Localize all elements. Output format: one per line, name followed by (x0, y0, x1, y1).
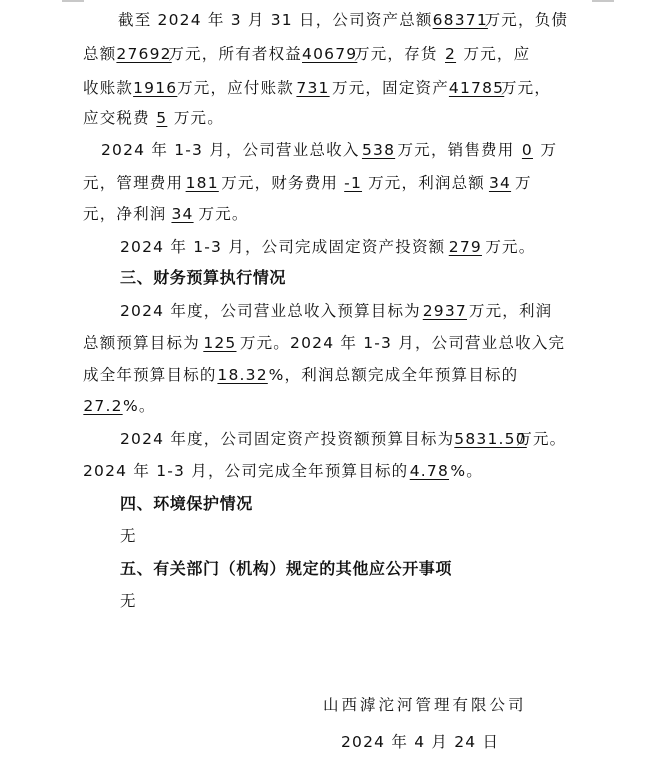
revenue-completion-value: 18.32 (217, 365, 269, 385)
para2-line2: 元，管理费用181万元，财务费用-1万元，利润总额34万 (83, 173, 532, 193)
text: 万元，固定资产 (332, 79, 449, 97)
text: 万元，应付账款 (177, 79, 294, 97)
page-corner-mark (592, 0, 614, 2)
text: 万元，利润 (469, 302, 553, 320)
text: %。 (450, 462, 483, 480)
text: %，利润总额完成全年预算目标的 (269, 366, 519, 384)
fixed-asset-investment-value: 279 (445, 237, 485, 257)
text: %。 (123, 397, 156, 415)
text: 万 (515, 174, 532, 192)
text: 万元， (501, 79, 551, 97)
owners-equity-value: 40679 (302, 44, 354, 64)
profit-completion-value: 27.2 (83, 396, 123, 416)
accounts-payable-value: 731 (294, 78, 332, 98)
para1-line4: 应交税费5万元。 (83, 108, 224, 128)
text: 2024 年 1-3 月，公司营业总收入 (101, 141, 360, 159)
text: 应交税费 (83, 109, 150, 127)
text: 万元。 (485, 238, 535, 256)
text: 成全年预算目标的 (83, 366, 217, 384)
admin-expenses-value: 181 (183, 173, 221, 193)
para3-line1: 2024 年 1-3 月，公司完成固定资产投资额279万元。 (120, 237, 535, 257)
inventory-value: 2 (438, 44, 464, 64)
para2-line1: 2024 年 1-3 月，公司营业总收入538万元，销售费用0万 (101, 140, 557, 160)
signature-company: 山西滹沱河管理有限公司 (323, 695, 527, 715)
section5-heading: 五、有关部门（机构）规定的其他应公开事项 (120, 559, 452, 579)
section5-body: 无 (120, 591, 137, 611)
accounts-receivable-value: 1916 (133, 78, 177, 98)
text: 万元。2024 年 1-3 月，公司营业总收入完 (240, 334, 565, 352)
signature-date: 2024 年 4 月 24 日 (341, 732, 499, 752)
fixed-assets-value: 41785 (449, 78, 501, 98)
para4-line2: 总额预算目标为125万元。2024 年 1-3 月，公司营业总收入完 (83, 333, 565, 353)
text: 总额预算目标为 (83, 334, 200, 352)
text: 万 (540, 141, 557, 159)
text: 万元。 (174, 109, 224, 127)
financial-expenses-value: -1 (338, 173, 368, 193)
para4-line3: 成全年预算目标的18.32%，利润总额完成全年预算目标的 (83, 365, 518, 385)
text: 万元，负债 (485, 11, 569, 29)
document-page: 截至 2024 年 3 月 31 日，公司资产总额68371万元，负债 总额27… (0, 0, 671, 762)
text: 万元，应 (464, 45, 531, 63)
text: 截至 2024 年 3 月 31 日，公司资产总额 (118, 11, 433, 29)
para5-line1: 2024 年度，公司固定资产投资额预算目标为5831.50万元。 (120, 429, 566, 449)
net-profit-value: 34 (167, 204, 199, 224)
text: 收账款 (83, 79, 133, 97)
text: 万元，利润总额 (368, 174, 485, 192)
total-assets-value: 68371 (433, 10, 485, 30)
text: 元，净利润 (83, 205, 167, 223)
text: 2024 年 1-3 月，公司完成固定资产投资额 (120, 238, 445, 256)
total-liabilities-value: 27692 (116, 44, 168, 64)
para1-line1: 截至 2024 年 3 月 31 日，公司资产总额68371万元，负债 (118, 10, 568, 30)
text: 万元，所有者权益 (168, 45, 302, 63)
text: 万元。 (199, 205, 249, 223)
text: 万元，销售费用 (398, 141, 515, 159)
investment-budget-value: 5831.50 (454, 429, 516, 449)
text: 万元，存货 (354, 45, 438, 63)
text: 2024 年 1-3 月，公司完成全年预算目标的 (83, 462, 408, 480)
para1-line3: 收账款1916万元，应付账款731万元，固定资产41785万元， (83, 78, 551, 98)
para4-line4: 27.2%。 (83, 396, 156, 416)
para1-line2: 总额27692万元，所有者权益40679万元，存货2万元，应 (83, 44, 530, 64)
text: 2024 年度，公司固定资产投资额预算目标为 (120, 430, 454, 448)
text: 元，管理费用 (83, 174, 183, 192)
text: 万元。 (516, 430, 566, 448)
text: 2024 年度，公司营业总收入预算目标为 (120, 302, 421, 320)
text: 万元，财务费用 (221, 174, 338, 192)
operating-revenue-value: 538 (360, 140, 398, 160)
revenue-budget-value: 2937 (421, 301, 469, 321)
profit-budget-value: 125 (200, 333, 240, 353)
text: 总额 (83, 45, 116, 63)
para4-line1: 2024 年度，公司营业总收入预算目标为2937万元，利润 (120, 301, 552, 321)
section4-body: 无 (120, 526, 137, 546)
page-corner-mark (62, 0, 84, 2)
selling-expenses-value: 0 (514, 140, 540, 160)
investment-completion-value: 4.78 (408, 461, 450, 481)
para5-line2: 2024 年 1-3 月，公司完成全年预算目标的4.78%。 (83, 461, 483, 481)
para2-line3: 元，净利润34万元。 (83, 204, 249, 224)
section3-heading: 三、财务预算执行情况 (120, 268, 286, 288)
total-profit-value: 34 (485, 173, 515, 193)
taxes-payable-value: 5 (150, 108, 174, 128)
section4-heading: 四、环境保护情况 (120, 494, 253, 514)
